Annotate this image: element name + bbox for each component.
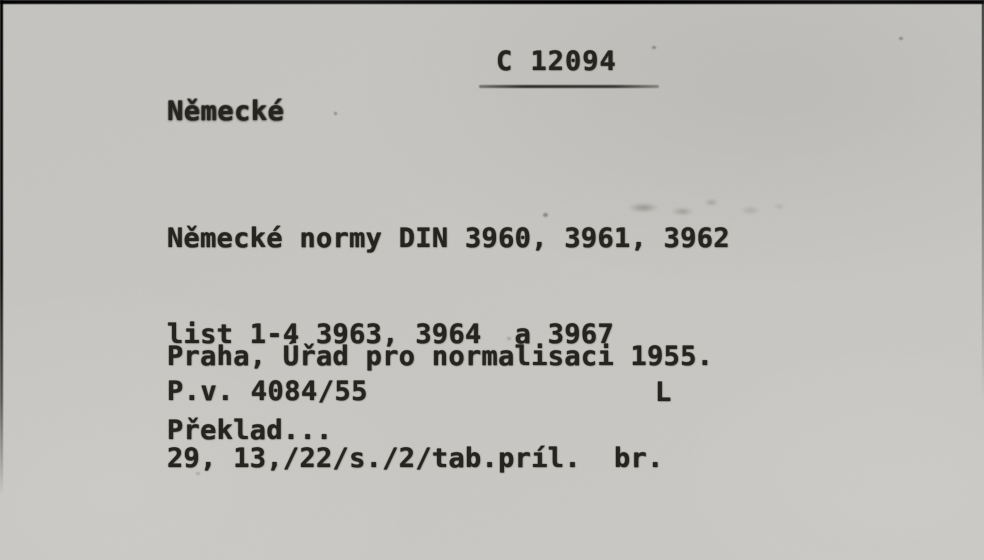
imprint-line: Praha, Úřad pro normalisaci 1955. — [167, 340, 713, 374]
catalog-card-scan: C 12094 Německé Německé normy DIN 3960, … — [0, 0, 984, 560]
call-number: C 12094 — [496, 46, 617, 77]
imprint-block: Praha, Úřad pro normalisaci 1955. 29, 13… — [167, 272, 713, 544]
scan-edge-left — [0, 0, 3, 495]
footer-letter: L — [655, 377, 671, 408]
imprint-line: 29, 13,/22/s./2/tab.príl. br. — [167, 442, 713, 476]
call-number-underline — [479, 85, 659, 88]
ink-speck — [334, 112, 337, 115]
accession-number: P.v. 4084/55 — [167, 376, 368, 407]
scan-edge-top — [0, 0, 984, 4]
card-heading: Německé — [167, 96, 284, 127]
ink-speck — [899, 37, 903, 40]
ink-speck — [652, 46, 656, 49]
title-line: Německé normy DIN 3960, 3961, 3962 — [167, 223, 730, 255]
